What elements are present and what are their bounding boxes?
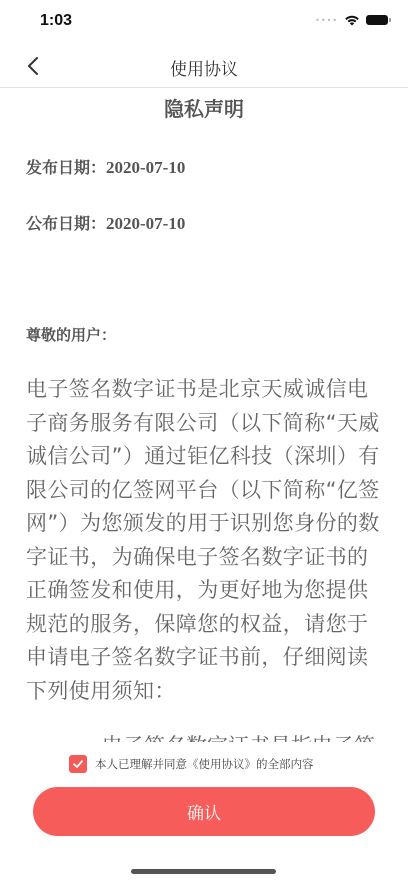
page-title: 使用协议 xyxy=(0,55,408,80)
wifi-icon xyxy=(344,14,360,26)
checkmark-icon xyxy=(72,758,84,770)
greeting: 尊敬的用户： xyxy=(26,323,382,347)
publish-date-label: 公布日期： xyxy=(26,214,106,233)
status-icons: •••• xyxy=(315,14,388,26)
agreement-row: 本人已理解并同意《使用协议》的全部内容 xyxy=(69,755,314,773)
status-time: 1:03 xyxy=(40,12,72,30)
signal-dots-icon: •••• xyxy=(315,16,338,25)
document-scroll-area[interactable]: 隐私声明 发布日期：2020-07-10 公布日期：2020-07-10 尊敬的… xyxy=(0,88,408,742)
release-date-label: 发布日期： xyxy=(26,158,106,177)
release-date: 发布日期：2020-07-10 xyxy=(26,156,382,180)
intro-paragraph: 电子签名数字证书是北京天威诚信电子商务服务有限公司（以下简称“天威诚信公司”）通… xyxy=(26,373,382,708)
release-date-value: 2020-07-10 xyxy=(106,158,185,177)
agree-checkbox[interactable] xyxy=(69,755,87,773)
clause-text: 电子签名数字证书是指电子签 xyxy=(102,734,375,742)
navbar: 使用协议 xyxy=(0,44,408,88)
publish-date-value: 2020-07-10 xyxy=(106,214,185,233)
document-title: 隐私声明 xyxy=(26,94,382,124)
confirm-button[interactable]: 确认 xyxy=(33,787,375,836)
battery-icon xyxy=(366,15,388,25)
status-bar: 1:03 •••• xyxy=(0,0,408,44)
agreement-label[interactable]: 本人已理解并同意《使用协议》的全部内容 xyxy=(95,756,314,772)
publish-date: 公布日期：2020-07-10 xyxy=(26,212,382,236)
clause-1: 一、电子签名数字证书是指电子签 xyxy=(26,730,382,742)
home-indicator[interactable] xyxy=(131,869,276,874)
clause-number: 一、 xyxy=(40,734,82,742)
